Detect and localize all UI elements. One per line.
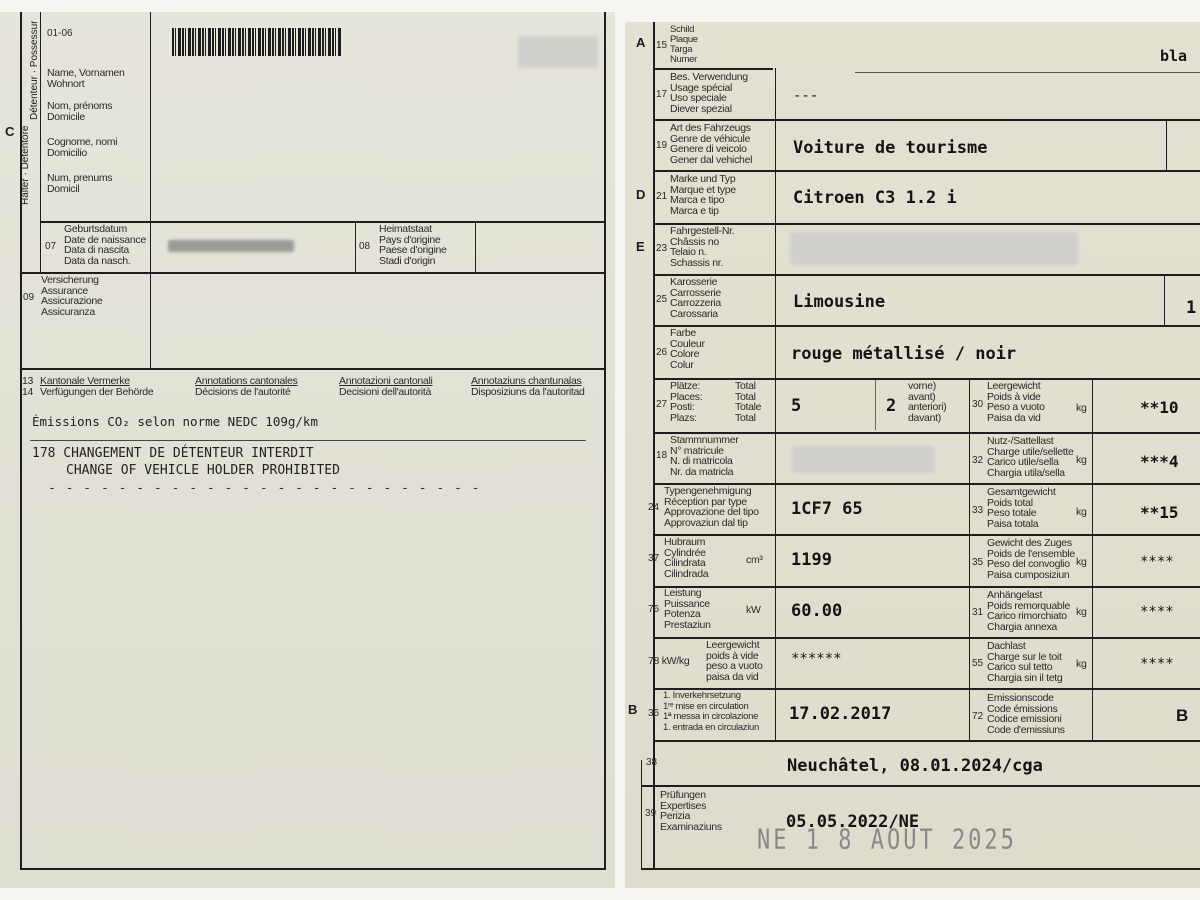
vehicle-kind-label: Art des FahrzeugsGenre de véhiculeGenere… bbox=[670, 123, 752, 165]
section-letter-d: D bbox=[636, 187, 645, 202]
birth-date-label: GeburtsdatumDate de naissanceData di nas… bbox=[64, 224, 146, 266]
plate-value: bla bbox=[1160, 47, 1187, 65]
field-number-07: 07 bbox=[45, 241, 56, 252]
power-value: 60.00 bbox=[791, 601, 842, 621]
field-number-36: 36 bbox=[648, 708, 659, 719]
empty-weight-label: LeergewichtPoids à videPeso a vuotoPaisa… bbox=[987, 381, 1045, 423]
field-number-25: 25 bbox=[656, 294, 667, 305]
displacement-label: HubraumCylindréeCilindrataCilindrada bbox=[664, 537, 708, 579]
body-value: Limousine bbox=[793, 292, 885, 312]
train-weight-label: Gewicht des ZugesPoids de l'ensemblePeso… bbox=[987, 538, 1075, 580]
seats-label: Plätze:Places:Posti:Plazs: bbox=[670, 381, 702, 423]
field-number-38: 38 bbox=[646, 757, 657, 768]
seats-total-value: 5 bbox=[791, 396, 801, 416]
displacement-unit: cm³ bbox=[746, 555, 763, 566]
roof-load-label: DachlastCharge sur le toitCarico sul tet… bbox=[987, 641, 1062, 683]
annotations-header-de: Kantonale VermerkeVerfügungen der Behörd… bbox=[40, 376, 153, 397]
type-approval-label: TypengenehmigungRéception par typeApprov… bbox=[664, 486, 759, 528]
holder-label-rm: Num, prenumsDomicil bbox=[47, 173, 112, 194]
birth-date-value-redacted bbox=[168, 240, 294, 252]
date-stamp: NE 1 8 AOUT 2025 bbox=[757, 825, 1017, 856]
inspections-label: PrüfungenExpertisesPeriziaExaminaziuns bbox=[660, 790, 722, 832]
field-number-31: 31 bbox=[972, 607, 983, 618]
total-weight-value: **15 bbox=[1140, 503, 1179, 522]
seats-total-label: TotalTotalTotaleTotal bbox=[735, 381, 761, 423]
field-number-26: 26 bbox=[656, 347, 667, 358]
matricule-value-redacted bbox=[792, 446, 934, 473]
field-number-32: 32 bbox=[972, 455, 983, 466]
type-approval-value: 1CF7 65 bbox=[791, 499, 863, 519]
make-type-value: Citroen C3 1.2 i bbox=[793, 188, 957, 208]
section-letter-c: C bbox=[5, 124, 14, 139]
roof-load-unit: kg bbox=[1076, 659, 1087, 670]
roof-load-value: **** bbox=[1140, 656, 1174, 672]
vehicle-kind-value: Voiture de tourisme bbox=[793, 138, 987, 158]
payload-value: ***4 bbox=[1140, 452, 1179, 471]
power-weight-unit-label: 78 kW/kg bbox=[648, 656, 689, 667]
barcode bbox=[172, 28, 342, 56]
field-number-18: 18 bbox=[656, 450, 667, 461]
field-number-19: 19 bbox=[656, 140, 667, 151]
holder-vertical-label: Détenteur · Possessur bbox=[30, 21, 40, 121]
field-number-21: 21 bbox=[656, 191, 667, 202]
field-number-08: 08 bbox=[359, 241, 370, 252]
train-weight-unit: kg bbox=[1076, 557, 1087, 568]
section-letter-b: B bbox=[628, 702, 637, 717]
trailer-load-unit: kg bbox=[1076, 607, 1087, 618]
special-use-value: --- bbox=[793, 88, 818, 104]
payload-unit: kg bbox=[1076, 455, 1087, 466]
color-label: FarbeCouleurColoreColur bbox=[670, 328, 705, 370]
trailer-load-value: **** bbox=[1140, 604, 1174, 620]
field-number-15: 15 bbox=[656, 40, 667, 51]
power-label: LeistungPuissancePotenzaPrestaziun bbox=[664, 588, 711, 630]
trailer-load-label: AnhängelastPoids remorquableCarico rimor… bbox=[987, 590, 1070, 632]
emissions-note: Émissions CO₂ selon norme NEDC 109g/km bbox=[32, 414, 318, 429]
field-number-37: 37 bbox=[648, 553, 659, 564]
field-number-24: 24 bbox=[648, 502, 659, 513]
plate-label: SchildPlaqueTargaNumer bbox=[670, 25, 698, 65]
displacement-value: 1199 bbox=[791, 550, 832, 570]
seats-front-value: 2 bbox=[886, 396, 896, 416]
field-number-55: 55 bbox=[972, 658, 983, 669]
field-number-72: 72 bbox=[972, 711, 983, 722]
make-type-label: Marke und TypMarque et typeMarca e tipoM… bbox=[670, 174, 736, 216]
annotations-numbers: 1314 bbox=[22, 376, 33, 397]
first-registration-value: 17.02.2017 bbox=[789, 704, 891, 724]
power-weight-value: ****** bbox=[791, 651, 842, 667]
body-label: KarosserieCarrosserieCarrozzeriaCarossar… bbox=[670, 277, 721, 319]
field-number-17: 17 bbox=[656, 89, 667, 100]
first-registration-label: 1. Inverkehrsetzung1ʳᵉ mise en circulati… bbox=[663, 691, 759, 733]
seats-front-label: vorne)avant)anteriori)davant) bbox=[908, 381, 946, 423]
annotations-header-fr: Annotations cantonalesDécisions de l'aut… bbox=[195, 376, 298, 397]
empty-weight-value: **10 bbox=[1140, 398, 1179, 417]
matricule-label: StammnummerN° matriculeN. di matricolaNr… bbox=[670, 435, 738, 477]
special-use-label: Bes. VerwendungUsage spécialUso speciale… bbox=[670, 72, 748, 114]
field-number-30: 30 bbox=[972, 399, 983, 410]
issued-value: Neuchâtel, 08.01.2024/cga bbox=[787, 756, 1043, 776]
power-unit: kW bbox=[746, 605, 761, 616]
field-number-33: 33 bbox=[972, 505, 983, 516]
field-number-23: 23 bbox=[656, 243, 667, 254]
color-value: rouge métallisé / noir bbox=[791, 344, 1016, 364]
section-letter-a: A bbox=[636, 35, 645, 50]
chassis-label: Fahrgestell-Nr.Châssis noTelaio n.Schass… bbox=[670, 226, 734, 268]
annotations-header-it: Annotazioni cantonaliDecisioni dell'auto… bbox=[339, 376, 433, 397]
redacted-block bbox=[518, 36, 598, 68]
train-weight-value: **** bbox=[1140, 554, 1174, 570]
emission-code-label: EmissionscodeCode émissionsCodice emissi… bbox=[987, 693, 1065, 735]
holder-label-it: Cognome, nomiDomicilio bbox=[47, 137, 117, 158]
empty-weight-unit: kg bbox=[1076, 403, 1087, 414]
payload-label: Nutz-/SattellastCharge utile/selletteCar… bbox=[987, 436, 1074, 478]
power-weight-label: Leergewichtpoids à videpeso a vuotopaisa… bbox=[706, 640, 763, 682]
emission-code-value: B bbox=[1176, 706, 1188, 726]
code-178-line2: CHANGE OF VEHICLE HOLDER PROHIBITED bbox=[66, 463, 340, 478]
holder-label-de: Name, VornamenWohnort bbox=[47, 68, 125, 89]
field-range: 01-06 bbox=[47, 28, 73, 39]
field-number-09: 09 bbox=[23, 292, 34, 303]
total-weight-label: GesamtgewichtPoids totalPeso totalePaisa… bbox=[987, 487, 1055, 529]
code-178-line1: 178 CHANGEMENT DE DÉTENTEUR INTERDIT bbox=[32, 446, 314, 461]
holder-vertical-label: Halter · Detentore bbox=[21, 126, 31, 206]
dashes-separator: - - - - - - - - - - - - - - - - - - - - … bbox=[48, 481, 481, 496]
section-letter-e: E bbox=[636, 239, 645, 254]
body-side-value: 1 bbox=[1186, 298, 1196, 318]
total-weight-unit: kg bbox=[1076, 507, 1087, 518]
insurance-label: VersicherungAssuranceAssicurazioneAssicu… bbox=[41, 275, 102, 317]
chassis-value-redacted bbox=[790, 232, 1078, 265]
origin-label: HeimatstaatPays d'originePaese d'origine… bbox=[379, 224, 447, 266]
holder-label-fr: Nom, prénomsDomicile bbox=[47, 101, 112, 122]
field-number-76: 76 bbox=[648, 604, 659, 615]
annotations-header-rm: Annotaziuns chantunalasDisposiziuns da l… bbox=[471, 376, 585, 397]
field-number-35: 35 bbox=[972, 557, 983, 568]
field-number-39: 39 bbox=[645, 808, 656, 819]
field-number-27: 27 bbox=[656, 399, 667, 410]
